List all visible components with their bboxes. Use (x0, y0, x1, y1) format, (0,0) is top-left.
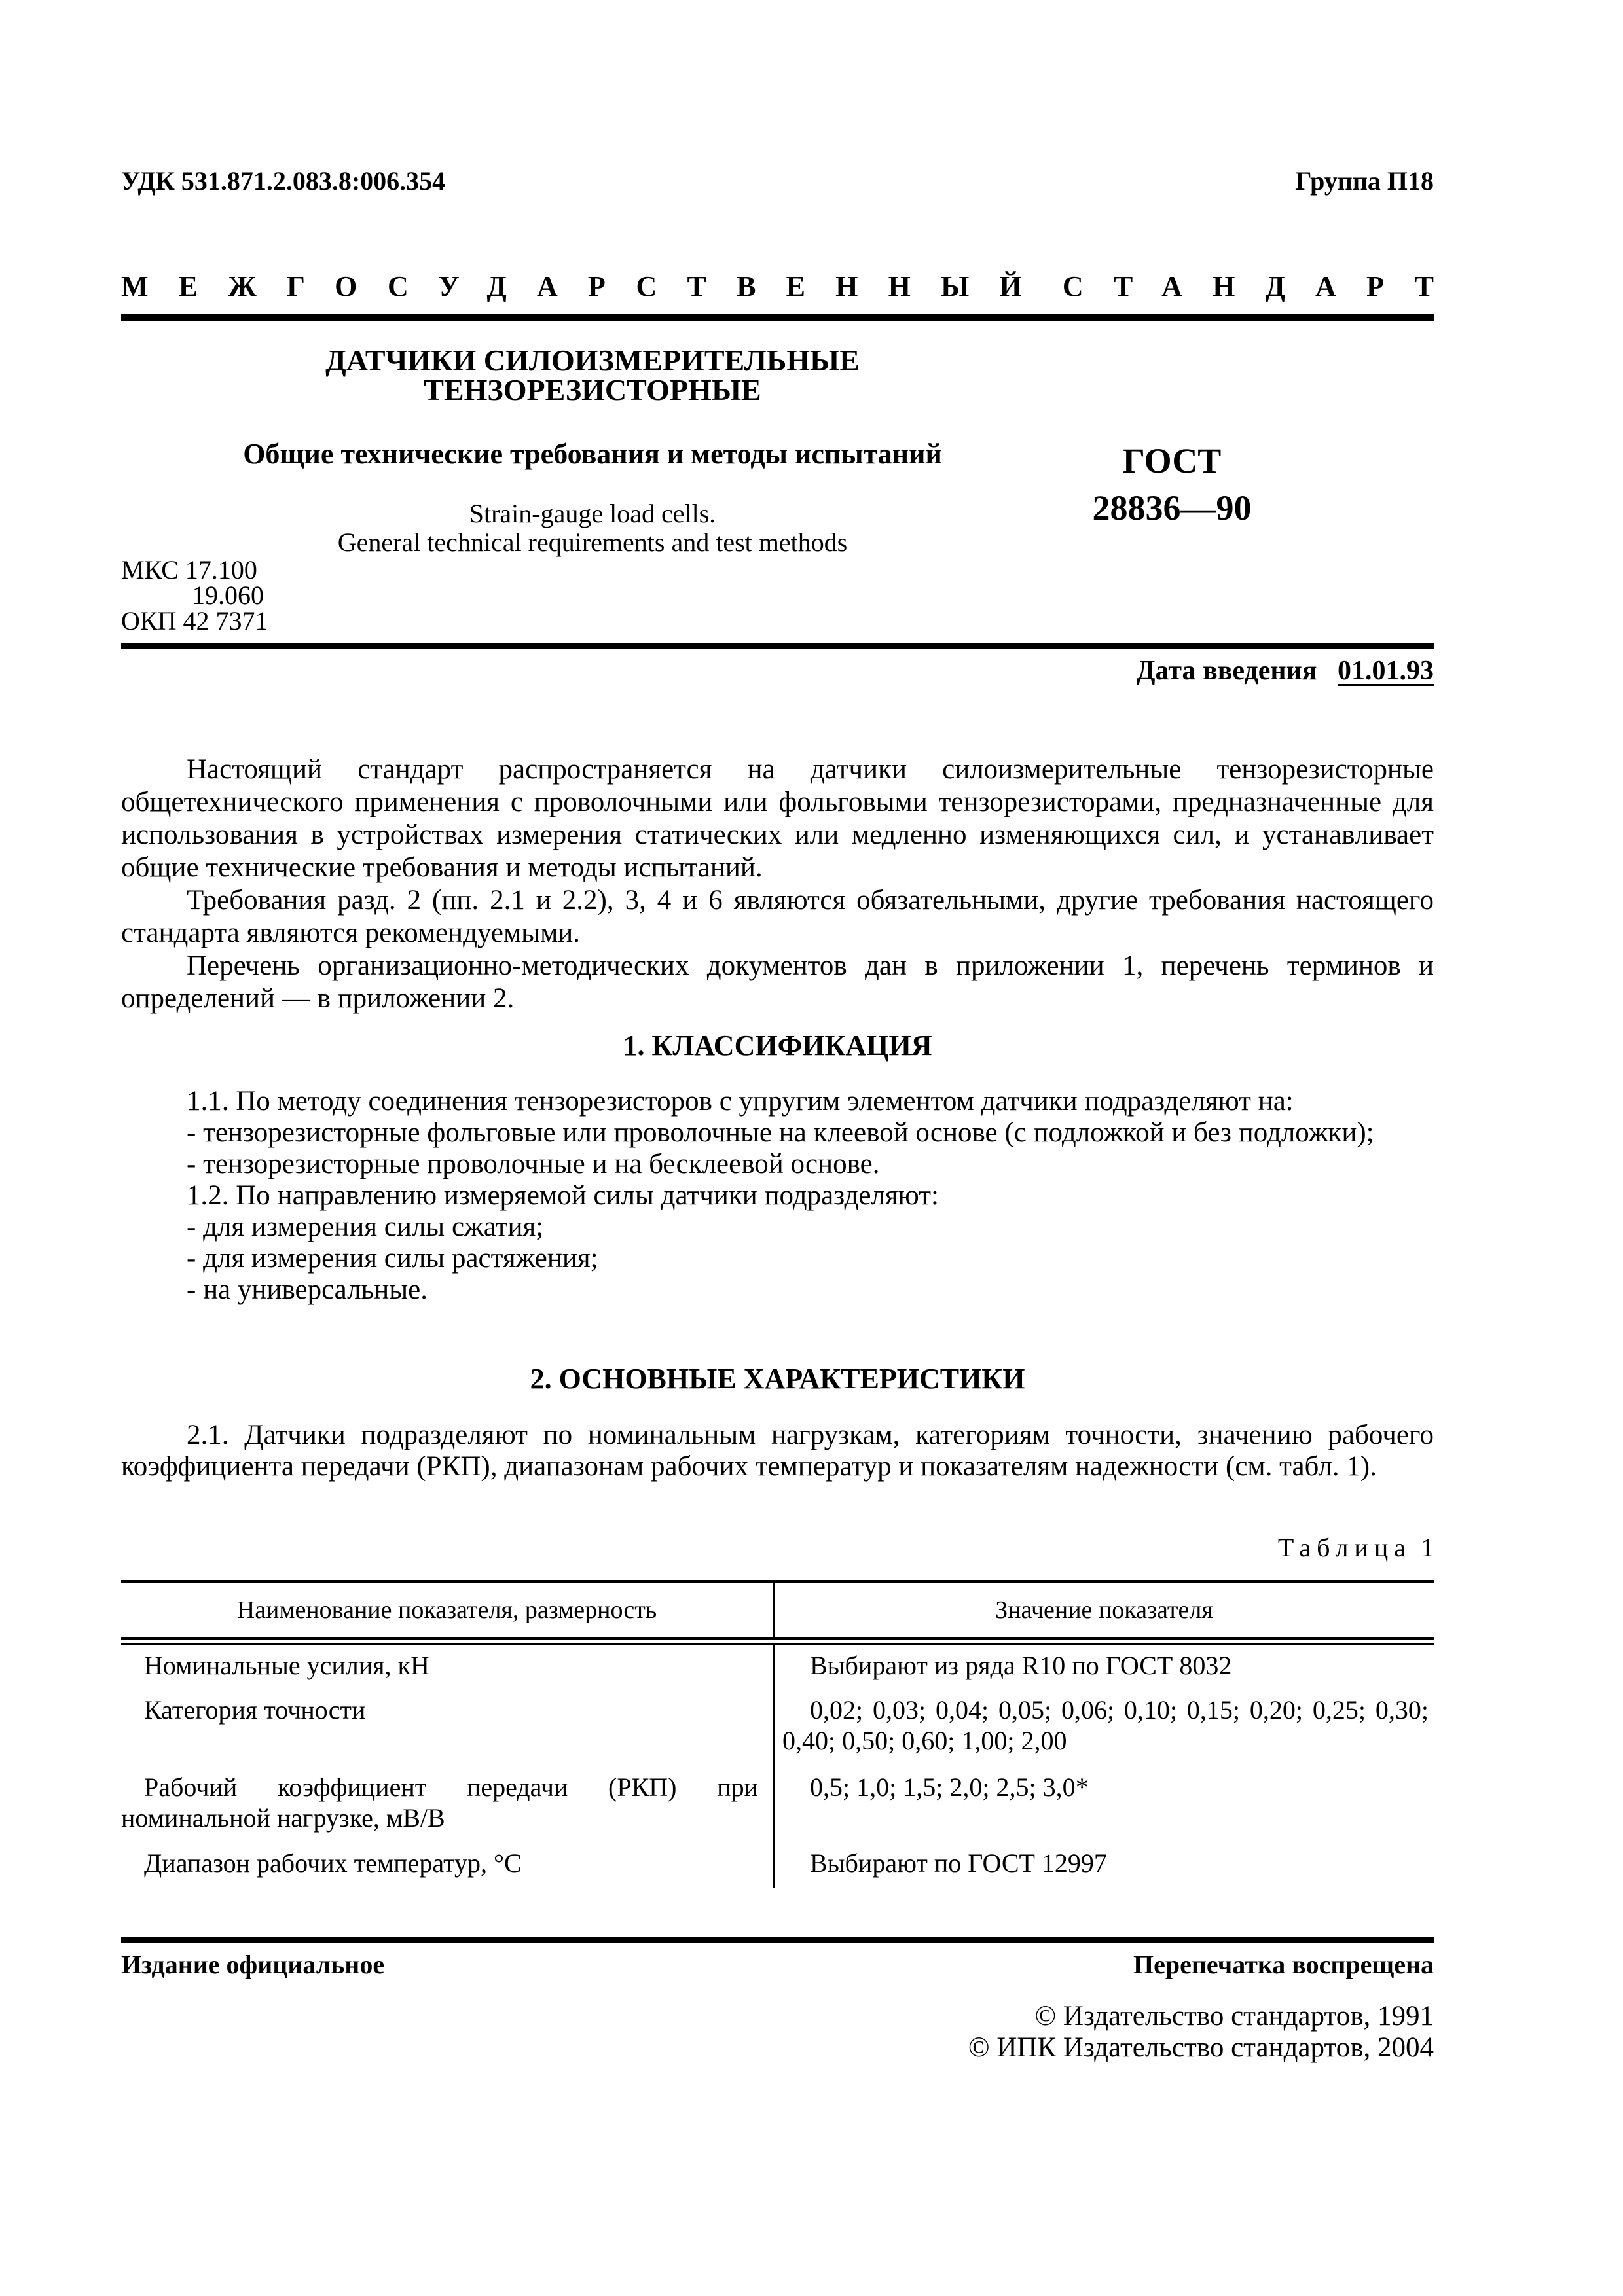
okp-code: ОКП 42 7371 (121, 608, 268, 634)
footer-rule (121, 1937, 1434, 1943)
table-row: Рабочий коэффициент передачи (РКП) при н… (121, 1756, 1434, 1833)
copyright-line-1991: © Издательство стандартов, 1991 (121, 2001, 1434, 2032)
document-title: ДАТЧИКИ СИЛОИЗМЕРИТЕЛЬНЫЕ ТЕНЗОРЕЗИСТОРН… (121, 346, 1064, 404)
clause-1-2-item-2: - для измерения силы растяжения; (121, 1243, 1434, 1274)
table-cell-value: 0,02; 0,03; 0,04; 0,05; 0,06; 0,10; 0,15… (775, 1681, 1434, 1756)
table-cell-value: Выбирают по ГОСТ 12997 (775, 1833, 1434, 1888)
document-title-line2: ТЕНЗОРЕЗИСТОРНЫЕ (121, 375, 1064, 404)
table-cell-name: Категория точности (121, 1681, 775, 1756)
mks-code-2: 19.060 (121, 583, 268, 608)
clause-2-1: 2.1. Датчики подразделяют по номинальным… (121, 1420, 1434, 1482)
udk-code: УДК 531.871.2.083.8:006.354 (121, 166, 445, 196)
table-header-row: Наименование показателя, размерность Зна… (121, 1583, 1434, 1645)
clause-1-1: 1.1. По методу соединения тензорезисторо… (121, 1086, 1434, 1117)
copyright-line-2004: © ИПК Издательство стандартов, 2004 (121, 2032, 1434, 2064)
section2-heading: 2. ОСНОВНЫЕ ХАРАКТЕРИСТИКИ (121, 1362, 1434, 1395)
copyright-block: © Издательство стандартов, 1991 © ИПК Из… (121, 2001, 1434, 2064)
section1-heading: 1. КЛАССИФИКАЦИЯ (121, 1029, 1434, 1062)
group-code: Группа П18 (1295, 166, 1434, 196)
clause-1-2-item-1: - для измерения силы сжатия; (121, 1211, 1434, 1243)
clause-1-1-item-2: - тензорезисторные проволочные и на беск… (121, 1149, 1434, 1180)
document-title-english: Strain-gauge load cells. General technic… (121, 499, 1064, 557)
classification-codes: МКС 17.100 19.060 ОКП 42 7371 (121, 557, 268, 634)
top-codes-row: УДК 531.871.2.083.8:006.354 Группа П18 (121, 166, 1434, 196)
standard-number-gost: ГОСТ (985, 437, 1359, 484)
table-cell-name: Рабочий коэффициент передачи (РКП) при н… (121, 1756, 775, 1833)
section1-body: 1.1. По методу соединения тензорезисторо… (121, 1086, 1434, 1306)
intro-paragraph-3: Перечень организационно-методических док… (121, 950, 1434, 1015)
document-title-en-line1: Strain-gauge load cells. (121, 499, 1064, 528)
document-title-line1: ДАТЧИКИ СИЛОИЗМЕРИТЕЛЬНЫЕ (121, 346, 1064, 375)
table-caption-number: 1 (1421, 1533, 1434, 1562)
banner-rule (121, 314, 1434, 321)
table-header-value: Значение показателя (775, 1583, 1434, 1637)
table-cell-name: Номинальные усилия, кН (121, 1645, 775, 1681)
intro-paragraph-2: Требования разд. 2 (пп. 2.1 и 2.2), 3, 4… (121, 884, 1434, 950)
standard-type-banner: МЕЖГОСУДАРСТВЕННЫЙ СТАНДАРТ (121, 270, 1434, 303)
mks-code: МКС 17.100 (121, 557, 268, 583)
intro-paragraphs: Настоящий стандарт распространяется на д… (121, 753, 1434, 1015)
characteristics-table: Наименование показателя, размерность Зна… (121, 1580, 1434, 1888)
banner-word-standard: СТАНДАРТ (1063, 270, 1464, 303)
table-caption: Таблица1 (121, 1532, 1434, 1563)
table-cell-name: Диапазон рабочих температур, °С (121, 1833, 775, 1888)
introduction-date: Дата введения 01.01.93 (121, 655, 1434, 687)
footer-row: Издание официальное Перепечатка воспреще… (121, 1949, 1434, 1980)
document-page: УДК 531.871.2.083.8:006.354 Группа П18 М… (0, 0, 1623, 2296)
document-title-en-line2: General technical requirements and test … (121, 528, 1064, 557)
table-cell-value: Выбирают из ряда R10 по ГОСТ 8032 (775, 1645, 1434, 1681)
banner-word-interstate: МЕЖГОСУДАРСТВЕННЫЙ (121, 270, 1052, 303)
clause-1-1-item-1: - тензорезисторные фольговые или проволо… (121, 1117, 1434, 1149)
table-caption-word: Таблица (1278, 1533, 1412, 1562)
table-cell-value: 0,5; 1,0; 1,5; 2,0; 2,5; 3,0* (775, 1756, 1434, 1833)
clause-1-2: 1.2. По направлению измеряемой силы датч… (121, 1180, 1434, 1211)
table-header-name: Наименование показателя, размерность (121, 1583, 775, 1637)
table-row: Категория точности 0,02; 0,03; 0,04; 0,0… (121, 1681, 1434, 1756)
introduction-date-value: 01.01.93 (1338, 656, 1434, 686)
official-edition-label: Издание официальное (121, 1949, 384, 1980)
clause-1-2-item-3: - на универсальные. (121, 1274, 1434, 1306)
table-row: Диапазон рабочих температур, °С Выбирают… (121, 1833, 1434, 1888)
document-subtitle: Общие технические требования и методы ис… (121, 439, 1064, 470)
intro-paragraph-1: Настоящий стандарт распространяется на д… (121, 753, 1434, 884)
reprint-prohibited-label: Перепечатка воспрещена (1133, 1949, 1434, 1980)
header-rule (121, 643, 1434, 649)
table-row: Номинальные усилия, кН Выбирают из ряда … (121, 1645, 1434, 1681)
section2-body: 2.1. Датчики подразделяют по номинальным… (121, 1420, 1434, 1482)
introduction-date-label: Дата введения (1137, 656, 1317, 686)
